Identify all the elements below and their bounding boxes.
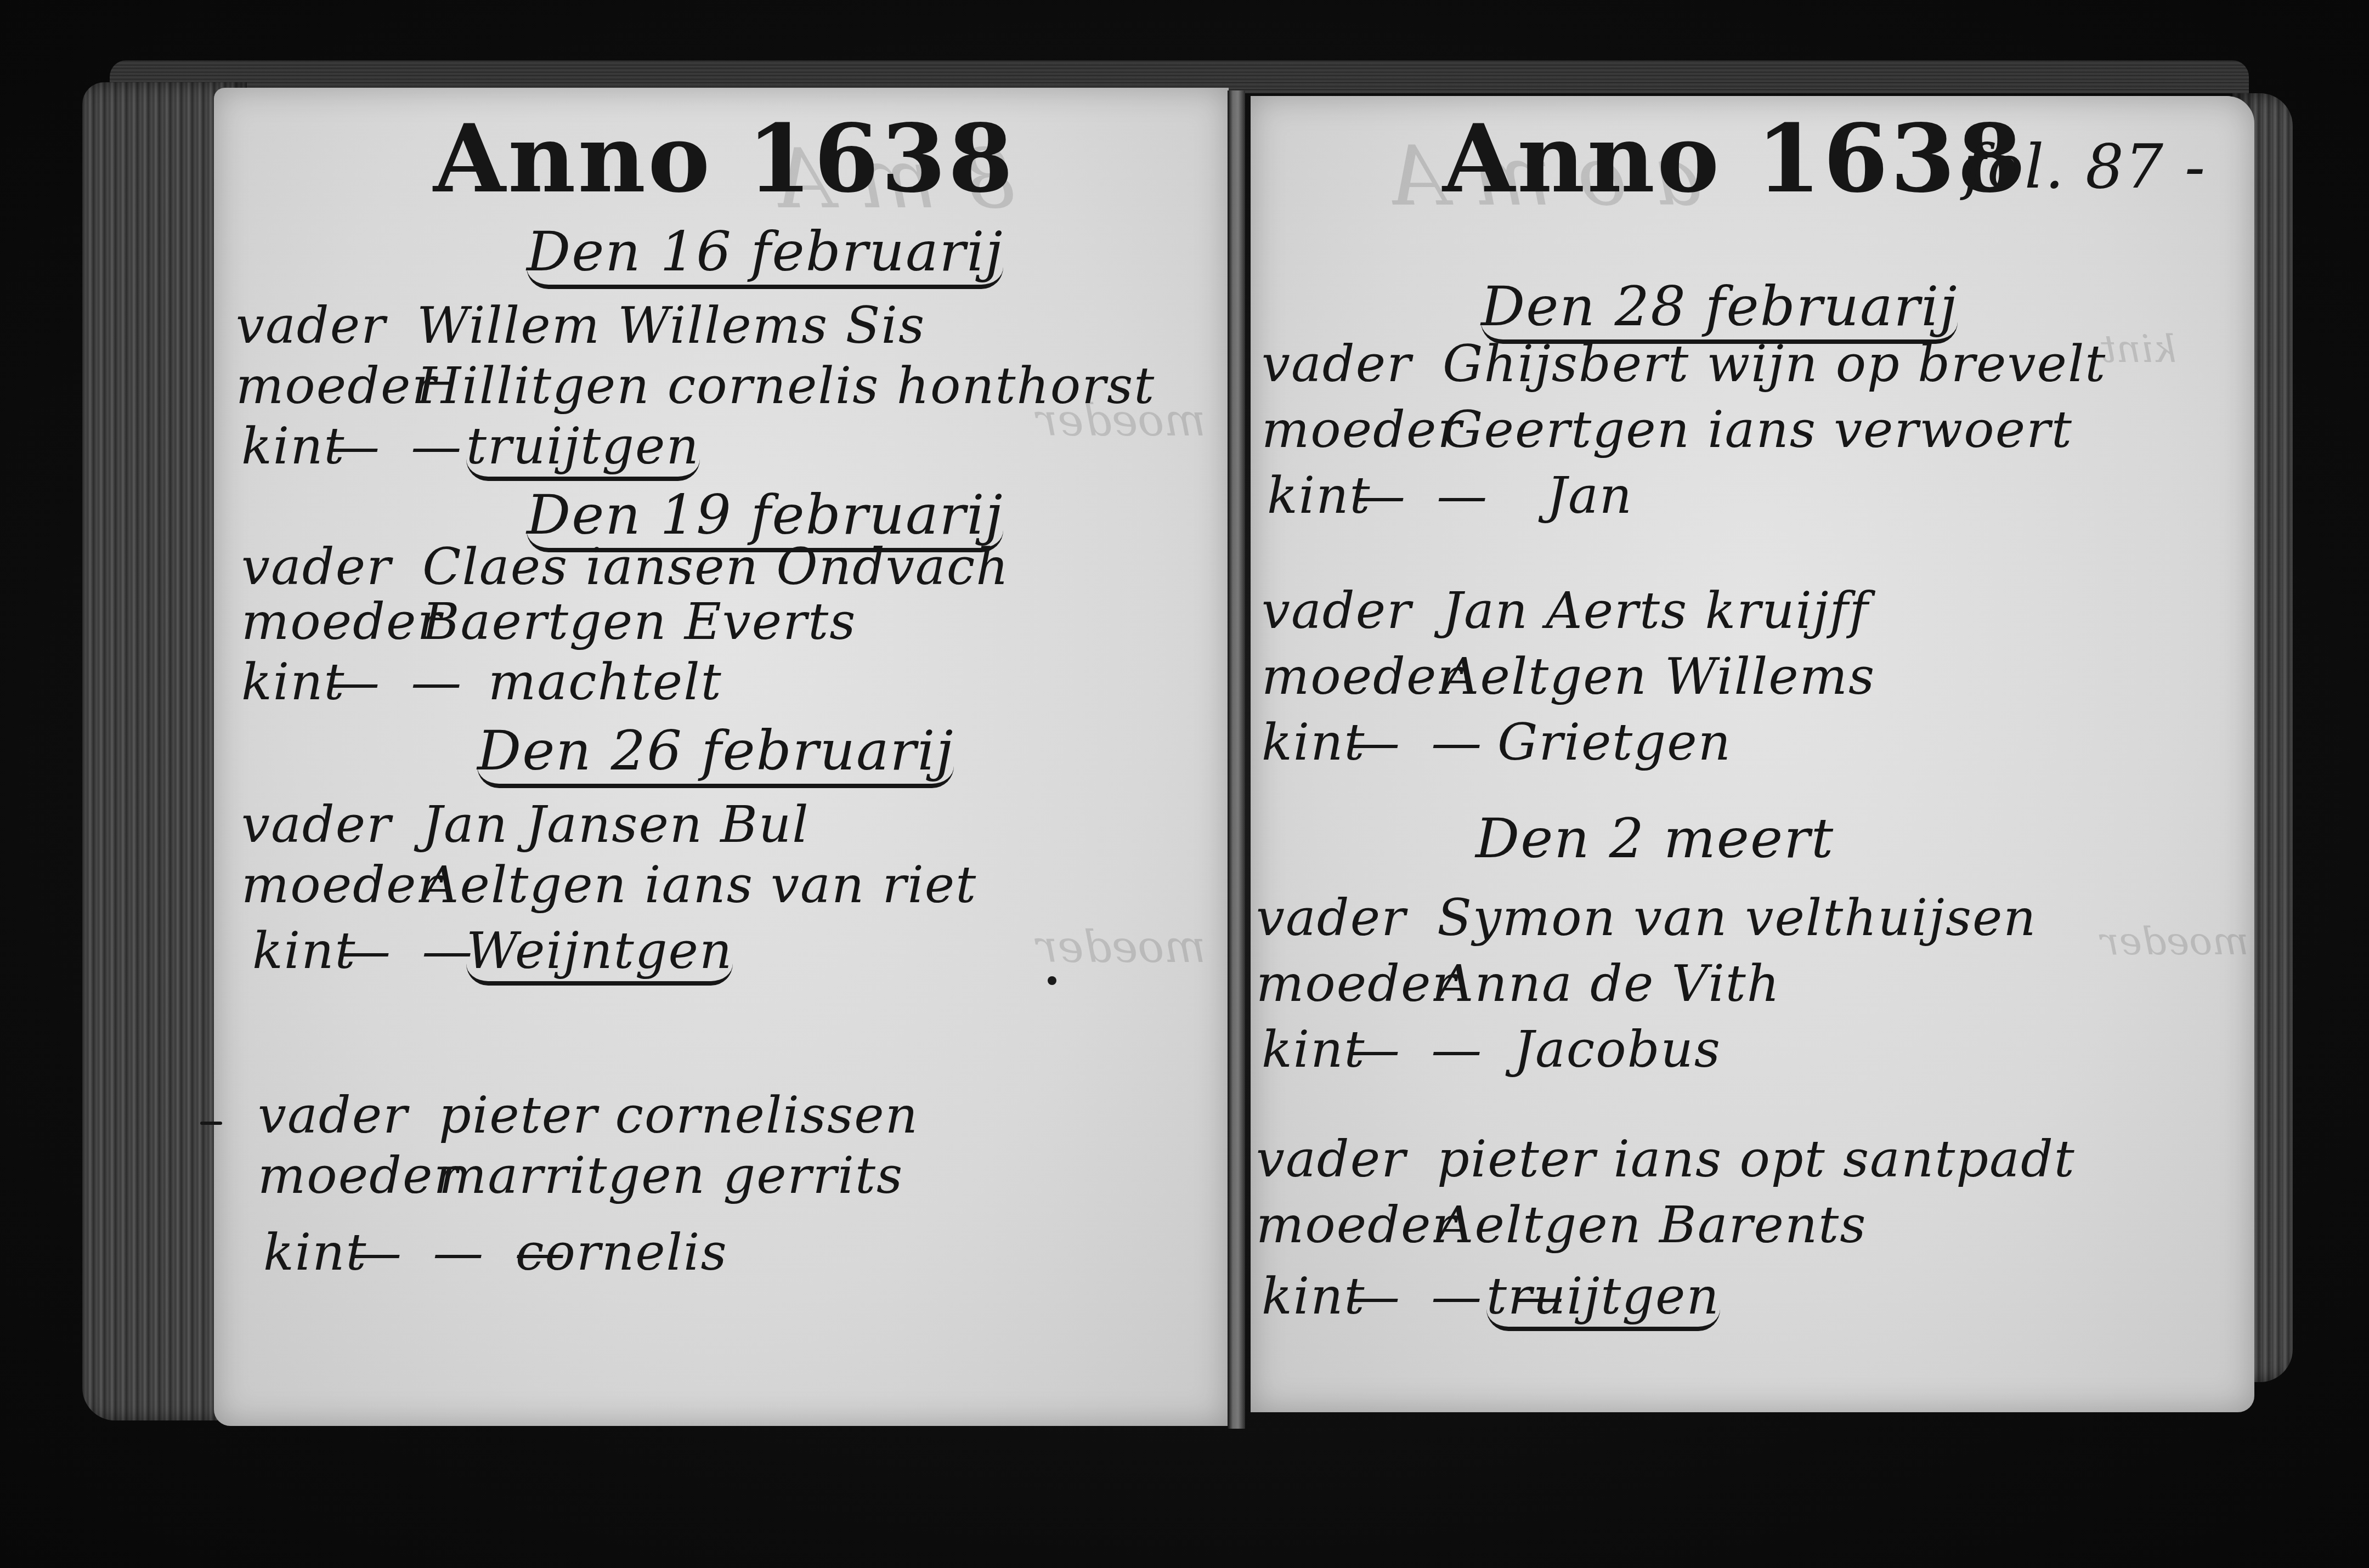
child-row: kint— —truijtgen: [241, 417, 700, 476]
show-through-text: moeder: [2101, 919, 2249, 964]
child-row: kint— —Grietgen: [1262, 713, 1732, 772]
father-row: vaderpieter cornelissen: [258, 1086, 919, 1145]
entry-date: Den 16 februarij: [527, 219, 1003, 284]
mother-row: moederBaertgen Everts: [241, 592, 856, 651]
entry-date: Den 2 meert: [1475, 806, 1834, 870]
right-page-heading: Anno 1638: [1443, 104, 2025, 214]
mother-row: moederAeltgen Willems: [1262, 647, 1875, 706]
mother-row: moederHillitgen cornelis honthorst: [236, 356, 1155, 415]
child-row: kint— —Weijntgen: [252, 921, 733, 980]
child-row: kint— —machtelt: [241, 653, 722, 711]
child-row: kint— —Jan: [1267, 466, 1633, 525]
mother-row: moederAeltgen ians van riet: [241, 856, 977, 914]
margin-tick: [200, 1122, 222, 1125]
left-page-heading: Anno 1638: [433, 104, 1015, 214]
father-row: vaderClaes iansen Ondvach: [241, 537, 1009, 596]
father-row: vaderJan Aerts kruijff: [1262, 581, 1869, 640]
child-row: kint— —Jacobus: [1262, 1020, 1721, 1079]
father-row: vaderJan Jansen Bul: [241, 795, 810, 854]
father-row: vaderSymon van velthuijsen: [1256, 888, 2037, 947]
mother-row: moederAeltgen Barents: [1256, 1196, 1867, 1254]
book-gutter: [1228, 90, 1245, 1429]
folio-number: fol. 87 -: [1964, 132, 2206, 202]
mother-row: moederAnna de Vith: [1256, 954, 1780, 1013]
child-row: kint— — —cornelis: [263, 1223, 728, 1282]
show-through-text: moeder: [1037, 921, 1206, 972]
show-through-text: kint: [2101, 326, 2176, 371]
child-row: kint— — —truijtgen: [1262, 1267, 1720, 1326]
entry-date: Den 28 februarij: [1481, 274, 1958, 338]
mother-row: moederGeertgen ians verwoert: [1262, 400, 2073, 459]
mother-row: moedermarritgen gerrits: [258, 1146, 903, 1205]
ink-dot: [1048, 976, 1056, 985]
father-row: vaderGhijsbert wijn op brevelt: [1262, 335, 2106, 393]
father-row: vaderWillem Willems Sis: [236, 296, 925, 355]
entry-date: Den 26 februarij: [477, 718, 954, 783]
father-row: vaderpieter ians opt santpadt: [1256, 1130, 2076, 1188]
